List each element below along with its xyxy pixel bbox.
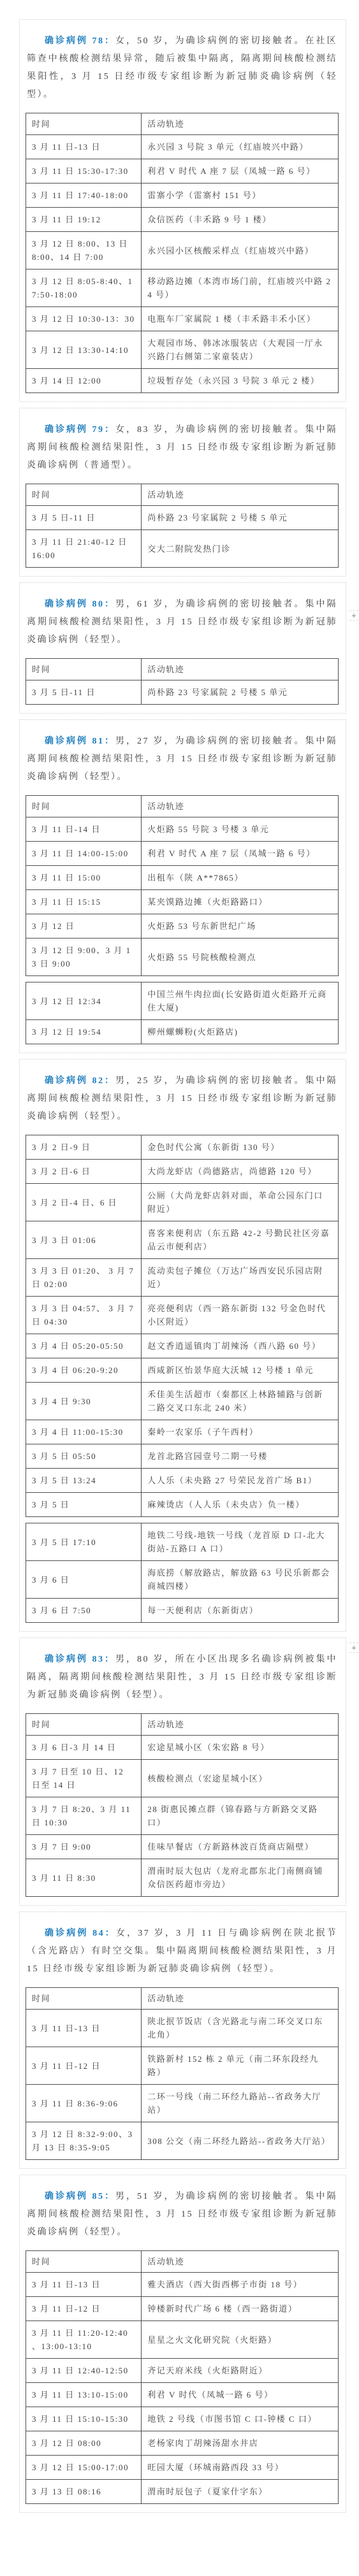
- time-cell: 3 月 11 日 21:40-12 日 16:00: [26, 530, 142, 568]
- document: + + 确诊病例 78：女，50 岁，为确诊病例的密切接触者。在社区筛查中核酸检…: [0, 0, 359, 2576]
- table-row: 3 月 5 日-11 日尚朴路 23 号家属院 2 号楼 5 单元: [26, 506, 339, 530]
- page-break-gap: [26, 1517, 339, 1523]
- table-header-row: 时间活动轨迹: [26, 1988, 339, 2010]
- trajectory-cell: 旺园大厦（环城南路西段 33 号）: [142, 2456, 339, 2480]
- table-header-row: 时间活动轨迹: [26, 2251, 339, 2273]
- trajectory-cell: 28 街惠民摊点群（锦春路与方新路交叉路口）: [142, 1797, 339, 1835]
- trajectory-cell: 垃圾暂存处（永兴园 3 号院 3 单元 2 楼）: [142, 369, 339, 393]
- trajectory-cell: 永兴园 3 号院 3 单元（红庙坡兴中路）: [142, 135, 339, 159]
- time-cell: 3 月 12 日 8:32-9:00、3 月 13 日 8:35-9:05: [26, 2122, 142, 2160]
- trajectory-cell: 宏途星城小区（朱宏路 8 号）: [142, 1736, 339, 1760]
- table-row: 3 月 11 日-12 日钟楼新时代广场 6 楼（西一路街道）: [26, 2297, 339, 2321]
- trajectory-table: 时间活动轨迹3 月 5 日-11 日尚朴路 23 号家属院 2 号楼 5 单元3…: [26, 484, 339, 568]
- table-header-row: 时间活动轨迹: [26, 1714, 339, 1736]
- time-cell: 3 月 11 日-13 日: [26, 2273, 142, 2297]
- time-cell: 3 月 3 日 01:06: [26, 1221, 142, 1259]
- case-number-label: 确诊病例 82：: [45, 1076, 115, 1086]
- trajectory-cell: 火炬路 55 号院 3 号楼 3 单元: [142, 817, 339, 842]
- time-cell: 3 月 11 日-13 日: [26, 2010, 142, 2047]
- case-number-label: 确诊病例 84：: [45, 1929, 116, 1938]
- trajectory-cell: 铁路新村 152 栋 2 单元（南二环东段经九路）: [142, 2047, 339, 2085]
- time-cell: 3 月 11 日 14:00-15:00: [26, 842, 142, 866]
- trajectory-table: 时间活动轨迹3 月 11 日-14 日火炬路 55 号院 3 号楼 3 单元3 …: [26, 795, 339, 976]
- trajectory-cell: 中国兰州牛肉拉面(长安路街道火炬路开元商住大厦): [142, 982, 339, 1020]
- trajectory-cell: 利君 V 时代 A 座 7 层（凤城一路 6 号）: [142, 842, 339, 866]
- time-cell: 3 月 11 日 15:15: [26, 890, 142, 914]
- time-cell: 3 月 11 日 13:10-15:00: [26, 2383, 142, 2407]
- trajectory-cell: 金色时代公寓（东新街 130 号）: [142, 1135, 339, 1160]
- time-cell: 3 月 14 日 12:00: [26, 369, 142, 393]
- trajectory-column-header: 活动轨迹: [142, 659, 339, 680]
- table-header-row: 时间活动轨迹: [26, 113, 339, 135]
- table-row: 3 月 11 日-13 日陕北抿节饭店（含光路北与南二环交叉口东北角）: [26, 2010, 339, 2047]
- table-row: 3 月 5 日 05:50龙首北路宫园壹号二期一号楼: [26, 1444, 339, 1469]
- time-cell: 3 月 5 日: [26, 1493, 142, 1517]
- time-cell: 3 月 11 日 8:36-9:06: [26, 2085, 142, 2122]
- trajectory-cell: 308 公交（南二环经九路站--省政务大厅站）: [142, 2122, 339, 2160]
- time-cell: 3 月 4 日 06:20-9:20: [26, 1358, 142, 1383]
- time-cell: 3 月 12 日 12:34: [26, 982, 142, 1020]
- time-column-header: 时间: [26, 484, 142, 506]
- trajectory-cell: 公厕（大尚龙虾店斜对面，革命公园东门口附近）: [142, 1184, 339, 1221]
- table-row: 3 月 2 日-9 日金色时代公寓（东新街 130 号）: [26, 1135, 339, 1160]
- time-cell: 3 月 12 日: [26, 914, 142, 939]
- time-cell: 3 月 6 日 7:50: [26, 1599, 142, 1623]
- trajectory-cell: 钟楼新时代广场 6 楼（西一路街道）: [142, 2297, 339, 2321]
- trajectory-cell: 永兴园小区核酸采样点（红庙坡兴中路）: [142, 232, 339, 270]
- time-cell: 3 月 5 日-11 日: [26, 506, 142, 530]
- time-cell: 3 月 11 日 11:20-12:40 、13:00-13:10: [26, 2321, 142, 2359]
- time-column-header: 时间: [26, 1714, 142, 1736]
- trajectory-cell: 尚朴路 23 号家属院 2 号楼 5 单元: [142, 680, 339, 705]
- time-column-header: 时间: [26, 796, 142, 817]
- table-row: 3 月 11 日 15:10-15:30地铁 2 号线（市图书馆 C 口-钟楼 …: [26, 2407, 339, 2431]
- table-row: 3 月 5 日麻辣烫店（人人乐（未央店）负一楼）: [26, 1493, 339, 1517]
- trajectory-cell: 麻辣烫店（人人乐（未央店）负一楼）: [142, 1493, 339, 1517]
- time-cell: 3 月 11 日-13 日: [26, 135, 142, 159]
- trajectory-table: 3 月 12 日 12:34中国兰州牛肉拉面(长安路街道火炬路开元商住大厦)3 …: [26, 982, 339, 1044]
- case-intro: 确诊病例 83：男，80 岁，所在小区出现多名确诊病例被集中隔离，隔离期间核酸检…: [27, 1651, 337, 1704]
- time-cell: 3 月 3 日 01:20、 3 月 7 日 02:00: [26, 1259, 142, 1297]
- trajectory-cell: 秦岭一农家乐（子午西村）: [142, 1420, 339, 1444]
- table-row: 3 月 12 日 9:00、3 月 13 日 9:00火炬路 55 号院核酸检测…: [26, 939, 339, 976]
- time-cell: 3 月 11 日-12 日: [26, 2297, 142, 2321]
- trajectory-cell: 利君 V 时代 A 座 7 层（凤城一路 6 号）: [142, 159, 339, 183]
- time-cell: 3 月 11 日-14 日: [26, 817, 142, 842]
- table-row: 3 月 11 日 12:40-12:50齐记天府米线（火炬路附近）: [26, 2359, 339, 2383]
- trajectory-cell: 交大二附院发热门诊: [142, 530, 339, 568]
- table-row: 3 月 3 日 01:06喜客来便利店（东五路 42-2 号勤民社区旁嘉品云市便…: [26, 1221, 339, 1259]
- trajectory-cell: 赵文香逍遥镇肉丁胡辣汤（西八路 60 号）: [142, 1334, 339, 1358]
- trajectory-table: 时间活动轨迹3 月 6 日-3 月 14 日宏途星城小区（朱宏路 8 号）3 月…: [26, 1713, 339, 1897]
- table-row: 3 月 11 日 15:00出租车（陕 A**7865）: [26, 866, 339, 890]
- case-section: 确诊病例 81：男，27 岁，为确诊病例的密切接触者。集中隔离期间核酸检测结果阳…: [19, 719, 346, 1053]
- trajectory-cell: 渭南时辰大包店（龙府北郡东北门南侧商铺众信医药超市旁边）: [142, 1859, 339, 1897]
- time-cell: 3 月 12 日 9:00、3 月 13 日 9:00: [26, 939, 142, 976]
- case-intro: 确诊病例 82：男，25 岁，为确诊病例的密切接触者。集中隔离期间核酸检测结果阳…: [27, 1072, 337, 1126]
- time-cell: 3 月 12 日 8:05-8:40、17:50-18:00: [26, 270, 142, 307]
- table-row: 3 月 7 日至 10 日、12 日至 14 日核酸检测点（宏途星城小区）: [26, 1760, 339, 1797]
- table-row: 3 月 11 日-13 日永兴园 3 号院 3 单元（红庙坡兴中路）: [26, 135, 339, 159]
- time-cell: 3 月 12 日 13:30-14:10: [26, 331, 142, 369]
- time-cell: 3 月 4 日 11:00-15:30: [26, 1420, 142, 1444]
- time-cell: 3 月 2 日-9 日: [26, 1135, 142, 1160]
- case-intro: 确诊病例 81：男，27 岁，为确诊病例的密切接触者。集中隔离期间核酸检测结果阳…: [27, 733, 337, 786]
- trajectory-column-header: 活动轨迹: [142, 796, 339, 817]
- table-header-row: 时间活动轨迹: [26, 484, 339, 506]
- trajectory-cell: 大观园市场、韩冰冰服装店（大观园一厅永兴路门右侧第二家童装店）: [142, 331, 339, 369]
- trajectory-cell: 西咸新区怡景华庭大沃城 12 号楼 1 单元: [142, 1358, 339, 1383]
- table-row: 3 月 6 日海底捞（解放路店，解放路 63 号民乐新都会商城四楼）: [26, 1561, 339, 1599]
- case-section: 确诊病例 79：女，83 岁，为确诊病例的密切接触者。集中隔离期间核酸检测结果阳…: [19, 408, 346, 577]
- time-cell: 3 月 12 日 19:54: [26, 1020, 142, 1044]
- trajectory-cell: 柳州螺蛳粉(火炬路店): [142, 1020, 339, 1044]
- table-row: 3 月 3 日 01:20、 3 月 7 日 02:00流动卖包子摊位（万达广场…: [26, 1259, 339, 1297]
- time-column-header: 时间: [26, 1988, 142, 2010]
- time-cell: 3 月 11 日 15:10-15:30: [26, 2407, 142, 2431]
- table-row: 3 月 12 日 13:30-14:10大观园市场、韩冰冰服装店（大观园一厅永兴…: [26, 331, 339, 369]
- trajectory-column-header: 活动轨迹: [142, 484, 339, 506]
- table-header-row: 时间活动轨迹: [26, 796, 339, 817]
- time-cell: 3 月 11 日 17:40-18:00: [26, 183, 142, 208]
- table-row: 3 月 12 日 08:00老杨家肉丁胡辣汤甜水井店: [26, 2431, 339, 2456]
- trajectory-cell: 每一天便利店（东新街店）: [142, 1599, 339, 1623]
- table-row: 3 月 7 日 8:20、3 月 11 日 10:3028 街惠民摊点群（锦春路…: [26, 1797, 339, 1835]
- time-cell: 3 月 3 日 04:57、 3 月 7 日 04:30: [26, 1297, 142, 1334]
- trajectory-cell: 龙首北路宫园壹号二期一号楼: [142, 1444, 339, 1469]
- time-cell: 3 月 11 日 12:40-12:50: [26, 2359, 142, 2383]
- trajectory-cell: 大尚龙虾店（尚德路店，尚德路 120 号）: [142, 1160, 339, 1184]
- trajectory-cell: 老杨家肉丁胡辣汤甜水井店: [142, 2431, 339, 2456]
- trajectory-table: 时间活动轨迹3 月 5 日-11 日尚朴路 23 号家属院 2 号楼 5 单元: [26, 658, 339, 705]
- table-row: 3 月 12 日 8:05-8:40、17:50-18:00移动路边摊（本湾市场…: [26, 270, 339, 307]
- time-cell: 3 月 5 日 13:24: [26, 1469, 142, 1493]
- time-cell: 3 月 6 日: [26, 1561, 142, 1599]
- table-row: 3 月 12 日 12:34中国兰州牛肉拉面(长安路街道火炬路开元商住大厦): [26, 982, 339, 1020]
- trajectory-cell: 火炬路 55 号院核酸检测点: [142, 939, 339, 976]
- table-header-row: 时间活动轨迹: [26, 659, 339, 680]
- time-cell: 3 月 12 日 15:00-17:00: [26, 2456, 142, 2480]
- trajectory-cell: 雅夫酒店（西大街西梆子市街 18 号）: [142, 2273, 339, 2297]
- time-cell: 3 月 13 日 08:16: [26, 2480, 142, 2504]
- trajectory-cell: 电瓶车厂家属院 1 楼（丰禾路丰禾小区）: [142, 307, 339, 331]
- table-row: 3 月 5 日-11 日尚朴路 23 号家属院 2 号楼 5 单元: [26, 680, 339, 705]
- time-cell: 3 月 4 日 05:20-05:50: [26, 1334, 142, 1358]
- table-row: 3 月 3 日 04:57、 3 月 7 日 04:30亮亮便利店（西一路东新街…: [26, 1297, 339, 1334]
- table-row: 3 月 11 日-12 日铁路新村 152 栋 2 单元（南二环东段经九路）: [26, 2047, 339, 2085]
- table-row: 3 月 4 日 9:30禾佳美生活超市（秦都区上林路辅路与创新二路交叉口东北 2…: [26, 1383, 339, 1420]
- case-intro: 确诊病例 84：女，37 岁，3 月 11 日与确诊病例在陕北抿节（含光路店）有…: [27, 1925, 337, 1978]
- trajectory-table: 时间活动轨迹3 月 11 日-13 日永兴园 3 号院 3 单元（红庙坡兴中路）…: [26, 113, 339, 393]
- time-column-header: 时间: [26, 659, 142, 680]
- case-number-label: 确诊病例 85：: [45, 2192, 115, 2201]
- trajectory-cell: 某夹馍路边摊（火炬路路口）: [142, 890, 339, 914]
- trajectory-cell: 二环一号线（南二环经九路站--省政务大厅站）: [142, 2085, 339, 2122]
- table-row: 3 月 6 日-3 月 14 日宏途星城小区（朱宏路 8 号）: [26, 1736, 339, 1760]
- trajectory-cell: 人人乐（未央路 27 号荣民龙首广场 B1）: [142, 1469, 339, 1493]
- trajectory-column-header: 活动轨迹: [142, 113, 339, 135]
- table-row: 3 月 14 日 12:00垃圾暂存处（永兴园 3 号院 3 单元 2 楼）: [26, 369, 339, 393]
- time-cell: 3 月 2 日-6 日: [26, 1160, 142, 1184]
- table-row: 3 月 2 日-4 日、6 日公厕（大尚龙虾店斜对面，革命公园东门口附近）: [26, 1184, 339, 1221]
- trajectory-cell: 齐记天府米线（火炬路附近）: [142, 2359, 339, 2383]
- time-cell: 3 月 12 日 08:00: [26, 2431, 142, 2456]
- trajectory-table: 3 月 2 日-9 日金色时代公寓（东新街 130 号）3 月 2 日-6 日大…: [26, 1135, 339, 1517]
- table-row: 3 月 11 日 15:30-17:30利君 V 时代 A 座 7 层（凤城一路…: [26, 159, 339, 183]
- trajectory-cell: 核酸检测点（宏途星城小区）: [142, 1760, 339, 1797]
- time-cell: 3 月 11 日 15:30-17:30: [26, 159, 142, 183]
- table-row: 3 月 2 日-6 日大尚龙虾店（尚德路店，尚德路 120 号）: [26, 1160, 339, 1184]
- table-row: 3 月 4 日 05:20-05:50赵文香逍遥镇肉丁胡辣汤（西八路 60 号）: [26, 1334, 339, 1358]
- time-cell: 3 月 5 日-11 日: [26, 680, 142, 705]
- table-plus-handle-icon[interactable]: +: [349, 1643, 358, 1653]
- table-row: 3 月 11 日-14 日火炬路 55 号院 3 号楼 3 单元: [26, 817, 339, 842]
- case-number-label: 确诊病例 80：: [45, 600, 115, 609]
- table-plus-handle-icon[interactable]: +: [349, 610, 358, 621]
- page-break-gap: [26, 976, 339, 982]
- case-section: 确诊病例 80：男，61 岁，为确诊病例的密切接触者。集中隔离期间核酸检测结果阳…: [19, 582, 346, 714]
- trajectory-cell: 流动卖包子摊位（万达广场西安民乐园店附近）: [142, 1259, 339, 1297]
- case-section: 确诊病例 83：男，80 岁，所在小区出现多名确诊病例被集中隔离，隔离期间核酸检…: [19, 1637, 346, 1906]
- table-row: 3 月 4 日 06:20-9:20西咸新区怡景华庭大沃城 12 号楼 1 单元: [26, 1358, 339, 1383]
- case-number-label: 确诊病例 81：: [45, 737, 115, 746]
- case-section: 确诊病例 84：女，37 岁，3 月 11 日与确诊病例在陕北抿节（含光路店）有…: [19, 1911, 346, 2169]
- time-cell: 3 月 6 日-3 月 14 日: [26, 1736, 142, 1760]
- time-cell: 3 月 11 日-12 日: [26, 2047, 142, 2085]
- trajectory-cell: 地铁二号线-地铁一号线（龙首原 D 口-北大街站-五路口 A 口）: [142, 1523, 339, 1561]
- table-row: 3 月 12 日 8:32-9:00、3 月 13 日 8:35-9:05308…: [26, 2122, 339, 2160]
- time-cell: 3 月 12 日 8:00、13 日 8:00、14 日 7:00: [26, 232, 142, 270]
- trajectory-cell: 地铁 2 号线（市图书馆 C 口-钟楼 C 口）: [142, 2407, 339, 2431]
- trajectory-cell: 佳味早餐店（方新路林波百货商店隔壁）: [142, 1835, 339, 1859]
- table-row: 3 月 13 日 08:16渭南时辰包子（夏家什字东）: [26, 2480, 339, 2504]
- trajectory-cell: 移动路边摊（本湾市场门前，红庙坡兴中路 24 号）: [142, 270, 339, 307]
- case-intro: 确诊病例 78：女，50 岁，为确诊病例的密切接触者。在社区筛查中核酸检测结果异…: [27, 32, 337, 104]
- table-row: 3 月 12 日 15:00-17:00旺园大厦（环城南路西段 33 号）: [26, 2456, 339, 2480]
- trajectory-cell: 海底捞（解放路店，解放路 63 号民乐新都会商城四楼）: [142, 1561, 339, 1599]
- case-intro: 确诊病例 85：男，51 岁，为确诊病例的密切接触者。集中隔离期间核酸检测结果阳…: [27, 2188, 337, 2241]
- trajectory-cell: 尚朴路 23 号家属院 2 号楼 5 单元: [142, 506, 339, 530]
- time-cell: 3 月 7 日 8:20、3 月 11 日 10:30: [26, 1797, 142, 1835]
- time-cell: 3 月 7 日至 10 日、12 日至 14 日: [26, 1760, 142, 1797]
- case-section: 确诊病例 82：男，25 岁，为确诊病例的密切接触者。集中隔离期间核酸检测结果阳…: [19, 1059, 346, 1632]
- table-row: 3 月 11 日 21:40-12 日 16:00交大二附院发热门诊: [26, 530, 339, 568]
- case-section: 确诊病例 78：女，50 岁，为确诊病例的密切接触者。在社区筛查中核酸检测结果异…: [19, 19, 346, 402]
- table-row: 3 月 6 日 7:50每一天便利店（东新街店）: [26, 1599, 339, 1623]
- trajectory-column-header: 活动轨迹: [142, 1988, 339, 2010]
- table-row: 3 月 12 日 19:54柳州螺蛳粉(火炬路店): [26, 1020, 339, 1044]
- time-cell: 3 月 7 日 9:00: [26, 1835, 142, 1859]
- table-row: 3 月 11 日 13:10-15:00利君 V 时代（凤城一路 6 号）: [26, 2383, 339, 2407]
- table-row: 3 月 11 日-13 日雅夫酒店（西大街西梆子市街 18 号）: [26, 2273, 339, 2297]
- case-intro: 确诊病例 80：男，61 岁，为确诊病例的密切接触者。集中隔离期间核酸检测结果阳…: [27, 596, 337, 649]
- time-cell: 3 月 12 日 10:30-13：30: [26, 307, 142, 331]
- case-section: 确诊病例 85：男，51 岁，为确诊病例的密切接触者。集中隔离期间核酸检测结果阳…: [19, 2175, 346, 2513]
- trajectory-cell: 禾佳美生活超市（秦都区上林路辅路与创新二路交叉口东北 240 米）: [142, 1383, 339, 1420]
- table-row: 3 月 11 日 8:30渭南时辰大包店（龙府北郡东北门南侧商铺众信医药超市旁边…: [26, 1859, 339, 1897]
- trajectory-cell: 星星之火文化研究院（火炬路）: [142, 2321, 339, 2359]
- trajectory-cell: 陕北抿节饭店（含光路北与南二环交叉口东北角）: [142, 2010, 339, 2047]
- table-row: 3 月 11 日 11:20-12:40 、13:00-13:10星星之火文化研…: [26, 2321, 339, 2359]
- table-row: 3 月 7 日 9:00佳味早餐店（方新路林波百货商店隔壁）: [26, 1835, 339, 1859]
- trajectory-column-header: 活动轨迹: [142, 1714, 339, 1736]
- table-row: 3 月 11 日 15:15某夹馍路边摊（火炬路路口）: [26, 890, 339, 914]
- table-row: 3 月 11 日 17:40-18:00雷寨小学（雷寨村 151 号）: [26, 183, 339, 208]
- time-cell: 3 月 11 日 8:30: [26, 1859, 142, 1897]
- case-number-label: 确诊病例 79：: [45, 425, 115, 435]
- table-row: 3 月 12 日火炬路 53 号东新世纪广场: [26, 914, 339, 939]
- table-row: 3 月 11 日 14:00-15:00利君 V 时代 A 座 7 层（凤城一路…: [26, 842, 339, 866]
- time-cell: 3 月 11 日 15:00: [26, 866, 142, 890]
- time-cell: 3 月 5 日 17:10: [26, 1523, 142, 1561]
- trajectory-cell: 喜客来便利店（东五路 42-2 号勤民社区旁嘉品云市便利店）: [142, 1221, 339, 1259]
- time-cell: 3 月 5 日 05:50: [26, 1444, 142, 1469]
- table-row: 3 月 12 日 10:30-13：30电瓶车厂家属院 1 楼（丰禾路丰禾小区）: [26, 307, 339, 331]
- trajectory-cell: 众信医药（丰禾路 9 号 1 楼）: [142, 208, 339, 232]
- case-intro: 确诊病例 79：女，83 岁，为确诊病例的密切接触者。集中隔离期间核酸检测结果阳…: [27, 421, 337, 475]
- case-number-label: 确诊病例 78：: [45, 36, 115, 46]
- time-cell: 3 月 11 日 19:12: [26, 208, 142, 232]
- trajectory-cell: 火炬路 53 号东新世纪广场: [142, 914, 339, 939]
- trajectory-table: 3 月 5 日 17:10地铁二号线-地铁一号线（龙首原 D 口-北大街站-五路…: [26, 1523, 339, 1623]
- trajectory-cell: 利君 V 时代（凤城一路 6 号）: [142, 2383, 339, 2407]
- time-cell: 3 月 4 日 9:30: [26, 1383, 142, 1420]
- table-row: 3 月 11 日 19:12众信医药（丰禾路 9 号 1 楼）: [26, 208, 339, 232]
- case-number-label: 确诊病例 83：: [45, 1655, 115, 1664]
- table-row: 3 月 5 日 13:24人人乐（未央路 27 号荣民龙首广场 B1）: [26, 1469, 339, 1493]
- trajectory-cell: 雷寨小学（雷寨村 151 号）: [142, 183, 339, 208]
- trajectory-column-header: 活动轨迹: [142, 2251, 339, 2273]
- trajectory-cell: 亮亮便利店（西一路东新街 132 号金色时代小区附近）: [142, 1297, 339, 1334]
- time-column-header: 时间: [26, 2251, 142, 2273]
- table-row: 3 月 5 日 17:10地铁二号线-地铁一号线（龙首原 D 口-北大街站-五路…: [26, 1523, 339, 1561]
- time-column-header: 时间: [26, 113, 142, 135]
- table-row: 3 月 12 日 8:00、13 日 8:00、14 日 7:00永兴园小区核酸…: [26, 232, 339, 270]
- table-row: 3 月 11 日 8:36-9:06二环一号线（南二环经九路站--省政务大厅站）: [26, 2085, 339, 2122]
- trajectory-cell: 出租车（陕 A**7865）: [142, 866, 339, 890]
- trajectory-table: 时间活动轨迹3 月 11 日-13 日陕北抿节饭店（含光路北与南二环交叉口东北角…: [26, 1987, 339, 2160]
- trajectory-cell: 渭南时辰包子（夏家什字东）: [142, 2480, 339, 2504]
- table-row: 3 月 4 日 11:00-15:30秦岭一农家乐（子午西村）: [26, 1420, 339, 1444]
- trajectory-table: 时间活动轨迹3 月 11 日-13 日雅夫酒店（西大街西梆子市街 18 号）3 …: [26, 2250, 339, 2504]
- time-cell: 3 月 2 日-4 日、6 日: [26, 1184, 142, 1221]
